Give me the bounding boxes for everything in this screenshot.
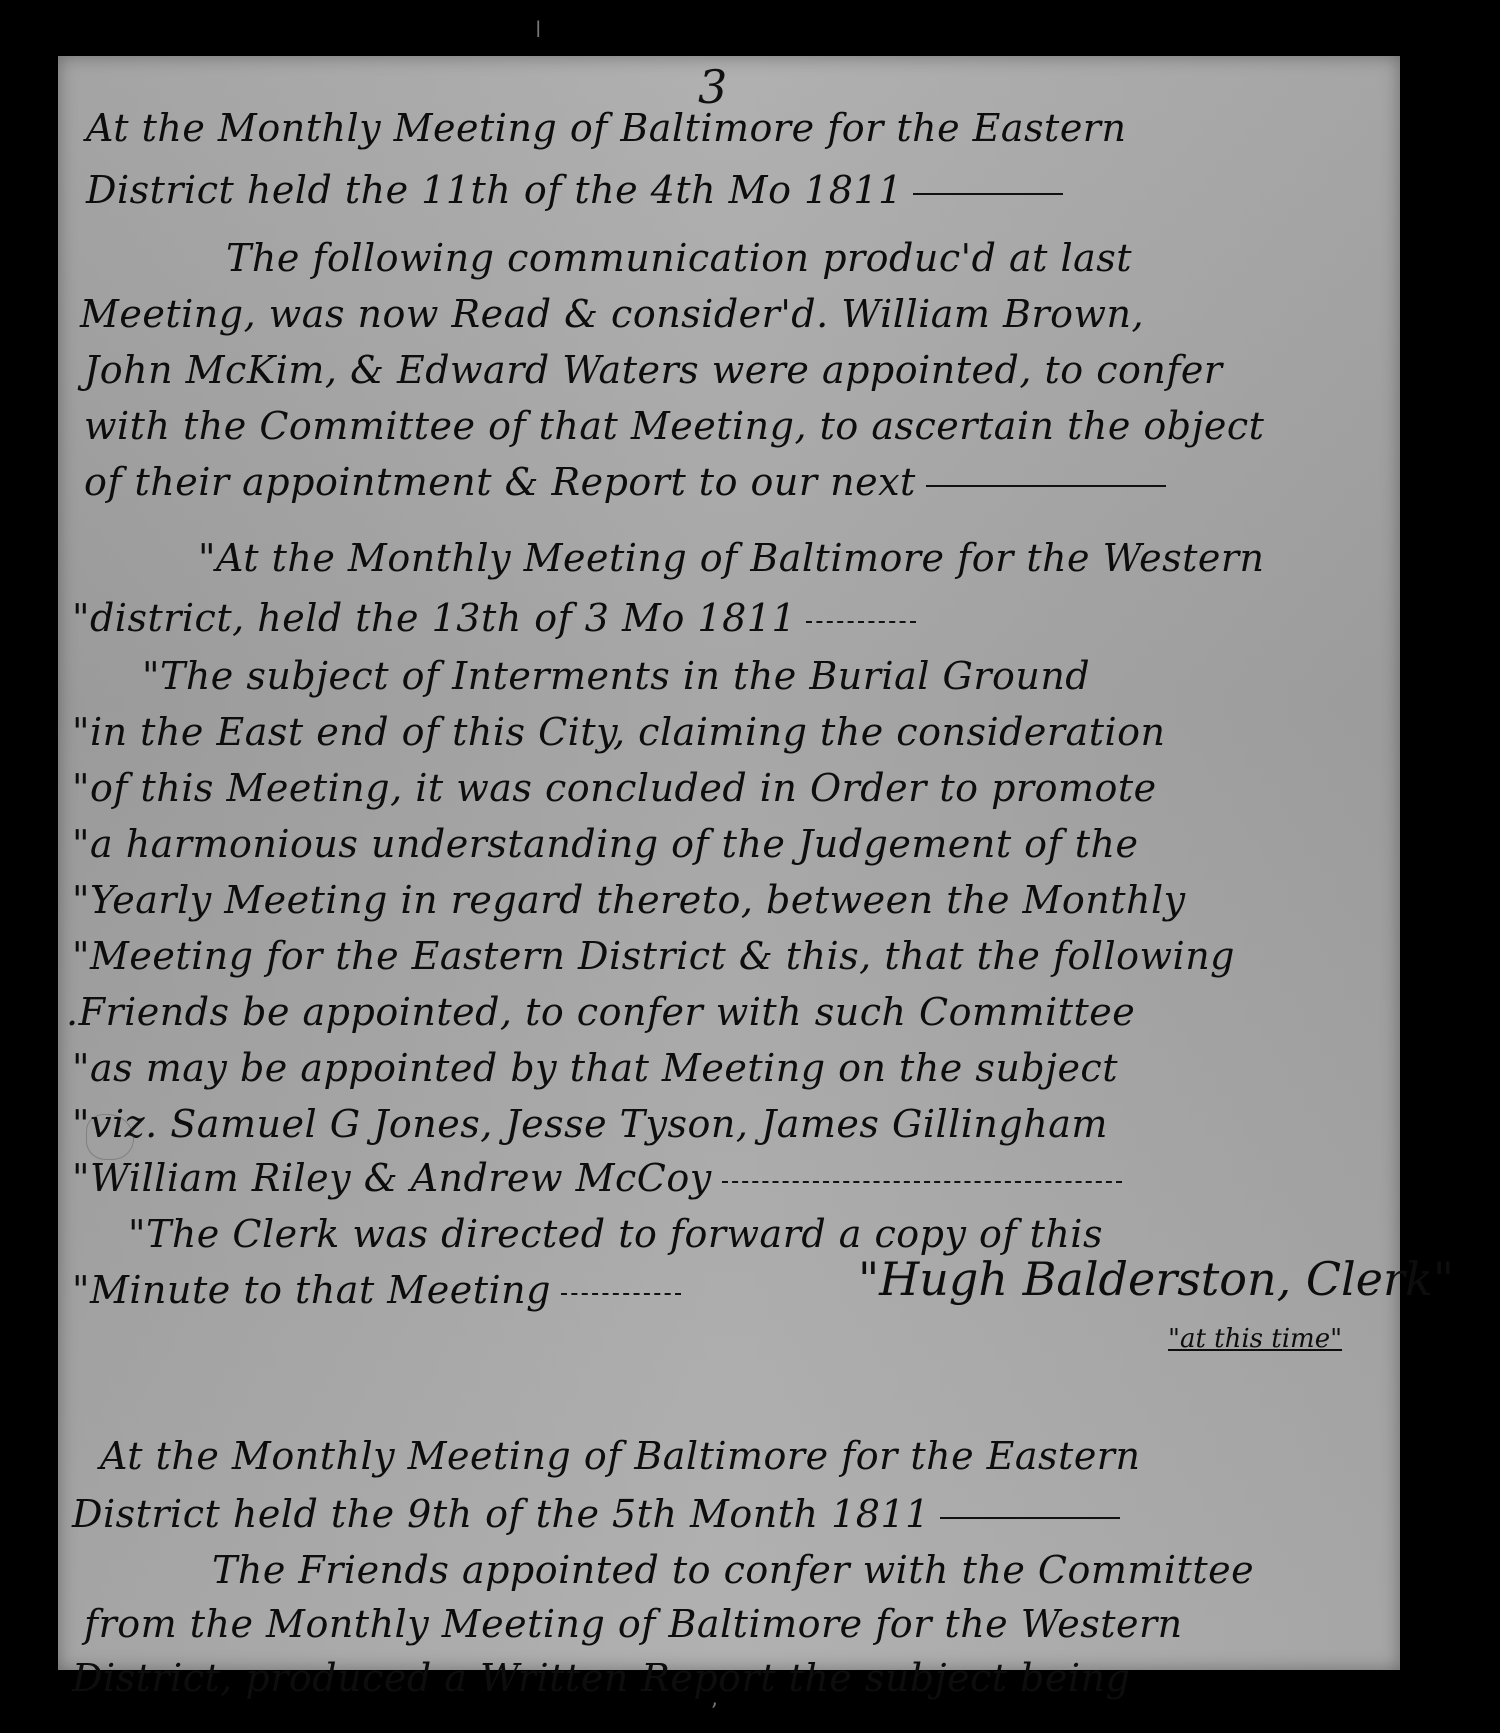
clerk-signature: "Hugh Balderston, Clerk" xyxy=(858,1252,1454,1306)
line-rule xyxy=(561,1293,681,1295)
scan-artifact-mark: ʼ xyxy=(710,1700,717,1725)
quoted-heading-line-2: "district, held the 13th of 3 Mo 1811 xyxy=(72,596,916,640)
line-rule xyxy=(722,1181,1122,1183)
quoted-heading-line-1: "At the Monthly Meeting of Baltimore for… xyxy=(198,536,1264,580)
quoted-body-line-6: "Meeting for the Eastern District & this… xyxy=(72,934,1235,978)
clerk-signature-note: "at this time" xyxy=(1168,1324,1342,1354)
line-rule xyxy=(940,1517,1120,1519)
line-rule xyxy=(806,621,916,623)
entry-3-body-line-3: District, produced a Written Report the … xyxy=(72,1656,1130,1700)
entry-3-heading-line-1: At the Monthly Meeting of Baltimore for … xyxy=(100,1434,1140,1478)
entry-1-body-line-3: John McKim, & Edward Waters were appoint… xyxy=(84,348,1223,392)
entry-1-body-line-1: The following communication produc'd at … xyxy=(226,236,1132,280)
entry-1-body-line-5: of their appointment & Report to our nex… xyxy=(84,460,1166,504)
quoted-body-line-8: "as may be appointed by that Meeting on … xyxy=(72,1046,1118,1090)
entry-1-body-line-4: with the Committee of that Meeting, to a… xyxy=(84,404,1264,448)
quoted-body-line-9: "viz. Samuel G Jones, Jesse Tyson, James… xyxy=(72,1102,1108,1146)
quoted-body-line-10-text: "William Riley & Andrew McCoy xyxy=(72,1156,712,1200)
entry-1-heading-line-1: At the Monthly Meeting of Baltimore for … xyxy=(86,106,1126,150)
quoted-heading-line-2-text: "district, held the 13th of 3 Mo 1811 xyxy=(72,596,796,640)
line-rule xyxy=(926,485,1166,487)
entry-1-body-line-5-text: of their appointment & Report to our nex… xyxy=(84,460,916,504)
quoted-body-line-12: "Minute to that Meeting xyxy=(72,1268,681,1312)
quoted-body-line-3: "of this Meeting, it was concluded in Or… xyxy=(72,766,1157,810)
entry-1-heading-line-2-text: District held the 11th of the 4th Mo 181… xyxy=(86,168,903,212)
entry-3-body-line-2: from the Monthly Meeting of Baltimore fo… xyxy=(84,1602,1183,1646)
quoted-body-line-7: .Friends be appointed, to confer with su… xyxy=(66,990,1135,1034)
quoted-body-line-11: "The Clerk was directed to forward a cop… xyxy=(128,1212,1103,1256)
quoted-body-line-1: "The subject of Interments in the Burial… xyxy=(142,654,1090,698)
quoted-body-line-5: "Yearly Meeting in regard thereto, betwe… xyxy=(72,878,1186,922)
entry-1-heading-line-2: District held the 11th of the 4th Mo 181… xyxy=(86,168,1063,212)
entry-3-body-line-1: The Friends appointed to confer with the… xyxy=(212,1548,1254,1592)
paper-stain xyxy=(86,1114,134,1160)
manuscript-page: 3 At the Monthly Meeting of Baltimore fo… xyxy=(58,56,1400,1670)
quoted-body-line-10: "William Riley & Andrew McCoy xyxy=(72,1156,1122,1200)
quoted-body-line-2: "in the East end of this City, claiming … xyxy=(72,710,1166,754)
line-rule xyxy=(913,193,1063,195)
scan-artifact-mark: ǀ xyxy=(535,18,542,43)
entry-3-heading-line-2-text: District held the 9th of the 5th Month 1… xyxy=(72,1492,930,1536)
entry-3-heading-line-2: District held the 9th of the 5th Month 1… xyxy=(72,1492,1120,1536)
quoted-body-line-4: "a harmonious understanding of the Judge… xyxy=(72,822,1138,866)
entry-1-body-line-2: Meeting, was now Read & consider'd. Will… xyxy=(80,292,1144,336)
quoted-body-line-12-text: "Minute to that Meeting xyxy=(72,1268,551,1312)
